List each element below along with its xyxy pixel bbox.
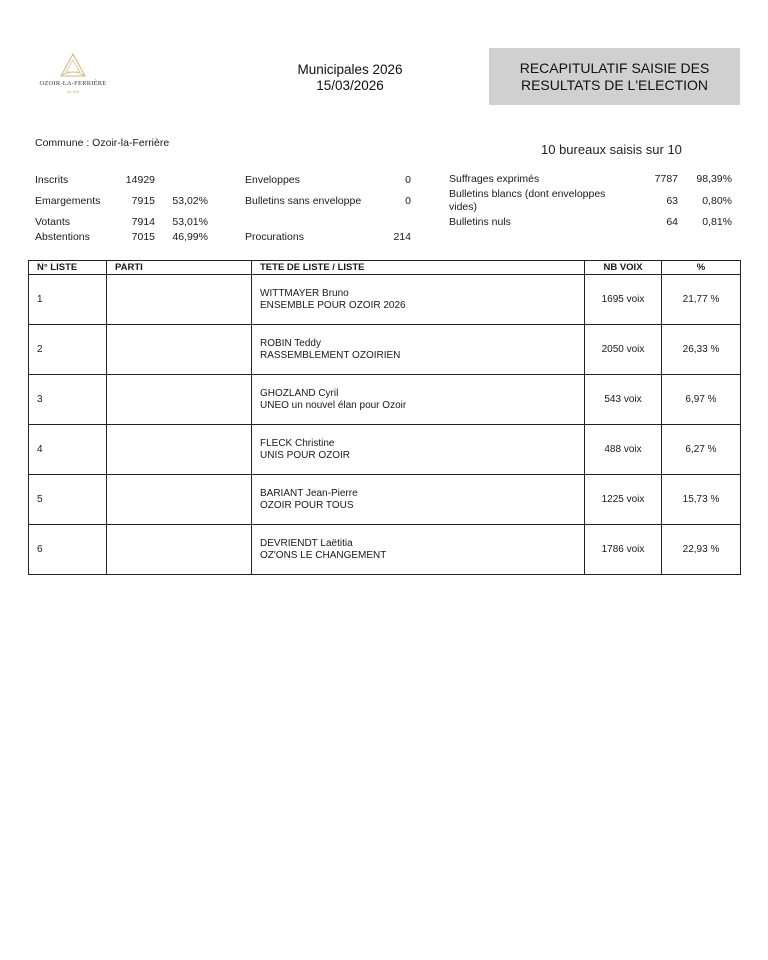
candidate-name: ROBIN Teddy — [260, 338, 576, 350]
vote-count: 1786 voix — [585, 525, 662, 575]
exprimes-value: 7787 — [640, 173, 678, 185]
sans-enveloppe-label: Bulletins sans enveloppe — [245, 195, 361, 207]
list-name: ENSEMBLE POUR OZOIR 2026 — [260, 300, 576, 312]
logo-tagline: ma ville — [28, 89, 118, 94]
blancs-label-line-1: Bulletins blancs (dont enveloppes — [449, 188, 605, 201]
list-number: 3 — [29, 375, 107, 425]
table-row: 4 FLECK Christine UNIS POUR OZOIR 488 vo… — [29, 425, 741, 475]
vote-percentage: 6,27 % — [662, 425, 741, 475]
nuls-label: Bulletins nuls — [449, 216, 511, 228]
inscrits-value: 14929 — [100, 174, 155, 186]
commune-label: Commune : Ozoir-la-Ferrière — [35, 137, 169, 149]
list-name: OZOIR POUR TOUS — [260, 500, 576, 512]
table-row: 2 ROBIN Teddy RASSEMBLEMENT OZOIRIEN 205… — [29, 325, 741, 375]
candidate-name: GHOZLAND Cyril — [260, 388, 576, 400]
candidate-name: BARIANT Jean-Pierre — [260, 488, 576, 500]
candidate-name: WITTMAYER Bruno — [260, 288, 576, 300]
table-row: 1 WITTMAYER Bruno ENSEMBLE POUR OZOIR 20… — [29, 275, 741, 325]
vote-percentage: 6,97 % — [662, 375, 741, 425]
list-head: DEVRIENDT Laëtitia OZ'ONS LE CHANGEMENT — [252, 525, 585, 575]
emargements-label: Emargements — [35, 195, 100, 207]
table-row: 3 GHOZLAND Cyril UNEO un nouvel élan pou… — [29, 375, 741, 425]
list-number: 2 — [29, 325, 107, 375]
vote-count: 2050 voix — [585, 325, 662, 375]
candidate-name: FLECK Christine — [260, 438, 576, 450]
logo-name: OZOIR-LA-FERRIÈRE — [28, 80, 118, 87]
list-name: RASSEMBLEMENT OZOIRIEN — [260, 350, 576, 362]
header-num-liste: N° LISTE — [29, 261, 107, 275]
header-nb-voix: NB VOIX — [585, 261, 662, 275]
candidate-name: DEVRIENDT Laëtitia — [260, 538, 576, 550]
emargements-value: 7915 — [100, 195, 155, 207]
recap-line-1: RECAPITULATIF SAISIE DES — [520, 60, 710, 77]
election-date: 15/03/2026 — [250, 78, 450, 94]
vote-percentage: 15,73 % — [662, 475, 741, 525]
vote-count: 1695 voix — [585, 275, 662, 325]
list-head: FLECK Christine UNIS POUR OZOIR — [252, 425, 585, 475]
list-head: ROBIN Teddy RASSEMBLEMENT OZOIRIEN — [252, 325, 585, 375]
recap-title-box: RECAPITULATIF SAISIE DES RESULTATS DE L'… — [489, 48, 740, 105]
header-tete-de-liste: TETE DE LISTE / LISTE — [252, 261, 585, 275]
list-number: 5 — [29, 475, 107, 525]
nuls-pct: 0,81% — [682, 216, 732, 228]
blancs-label-line-2: vides) — [449, 201, 605, 214]
header-pct: % — [662, 261, 741, 275]
table-row: 6 DEVRIENDT Laëtitia OZ'ONS LE CHANGEMEN… — [29, 525, 741, 575]
list-number: 6 — [29, 525, 107, 575]
list-party — [107, 325, 252, 375]
votants-pct: 53,01% — [160, 216, 208, 228]
enveloppes-value: 0 — [370, 174, 411, 186]
list-name: OZ'ONS LE CHANGEMENT — [260, 550, 576, 562]
list-head: GHOZLAND Cyril UNEO un nouvel élan pour … — [252, 375, 585, 425]
abstentions-pct: 46,99% — [160, 231, 208, 243]
list-name: UNEO un nouvel élan pour Ozoir — [260, 400, 576, 412]
list-name: UNIS POUR OZOIR — [260, 450, 576, 462]
exprimes-pct: 98,39% — [682, 173, 732, 185]
enveloppes-label: Enveloppes — [245, 174, 300, 186]
vote-count: 1225 voix — [585, 475, 662, 525]
mountain-logo-icon — [58, 52, 88, 80]
city-logo: OZOIR-LA-FERRIÈRE ma ville — [28, 52, 118, 100]
vote-count: 543 voix — [585, 375, 662, 425]
procurations-value: 214 — [370, 231, 411, 243]
procurations-label: Procurations — [245, 231, 304, 243]
election-header: Municipales 2026 15/03/2026 — [250, 62, 450, 94]
results-table: N° LISTE PARTI TETE DE LISTE / LISTE NB … — [28, 260, 741, 575]
sans-enveloppe-value: 0 — [370, 195, 411, 207]
inscrits-label: Inscrits — [35, 174, 68, 186]
list-number: 4 — [29, 425, 107, 475]
election-title: Municipales 2026 — [250, 62, 450, 78]
list-head: BARIANT Jean-Pierre OZOIR POUR TOUS — [252, 475, 585, 525]
votants-value: 7914 — [100, 216, 155, 228]
emargements-pct: 53,02% — [160, 195, 208, 207]
table-row: 5 BARIANT Jean-Pierre OZOIR POUR TOUS 12… — [29, 475, 741, 525]
recap-line-2: RESULTATS DE L'ELECTION — [521, 77, 708, 94]
vote-percentage: 22,93 % — [662, 525, 741, 575]
votants-label: Votants — [35, 216, 70, 228]
table-header-row: N° LISTE PARTI TETE DE LISTE / LISTE NB … — [29, 261, 741, 275]
blancs-pct: 0,80% — [682, 195, 732, 207]
list-party — [107, 525, 252, 575]
abstentions-label: Abstentions — [35, 231, 90, 243]
list-head: WITTMAYER Bruno ENSEMBLE POUR OZOIR 2026 — [252, 275, 585, 325]
exprimes-label: Suffrages exprimés — [449, 173, 539, 185]
list-party — [107, 475, 252, 525]
list-number: 1 — [29, 275, 107, 325]
vote-count: 488 voix — [585, 425, 662, 475]
abstentions-value: 7015 — [100, 231, 155, 243]
nuls-value: 64 — [640, 216, 678, 228]
bureaux-count: 10 bureaux saisis sur 10 — [541, 142, 682, 157]
blancs-value: 63 — [640, 195, 678, 207]
list-party — [107, 275, 252, 325]
vote-percentage: 26,33 % — [662, 325, 741, 375]
blancs-label: Bulletins blancs (dont enveloppes vides) — [449, 188, 605, 214]
header-parti: PARTI — [107, 261, 252, 275]
vote-percentage: 21,77 % — [662, 275, 741, 325]
list-party — [107, 375, 252, 425]
list-party — [107, 425, 252, 475]
